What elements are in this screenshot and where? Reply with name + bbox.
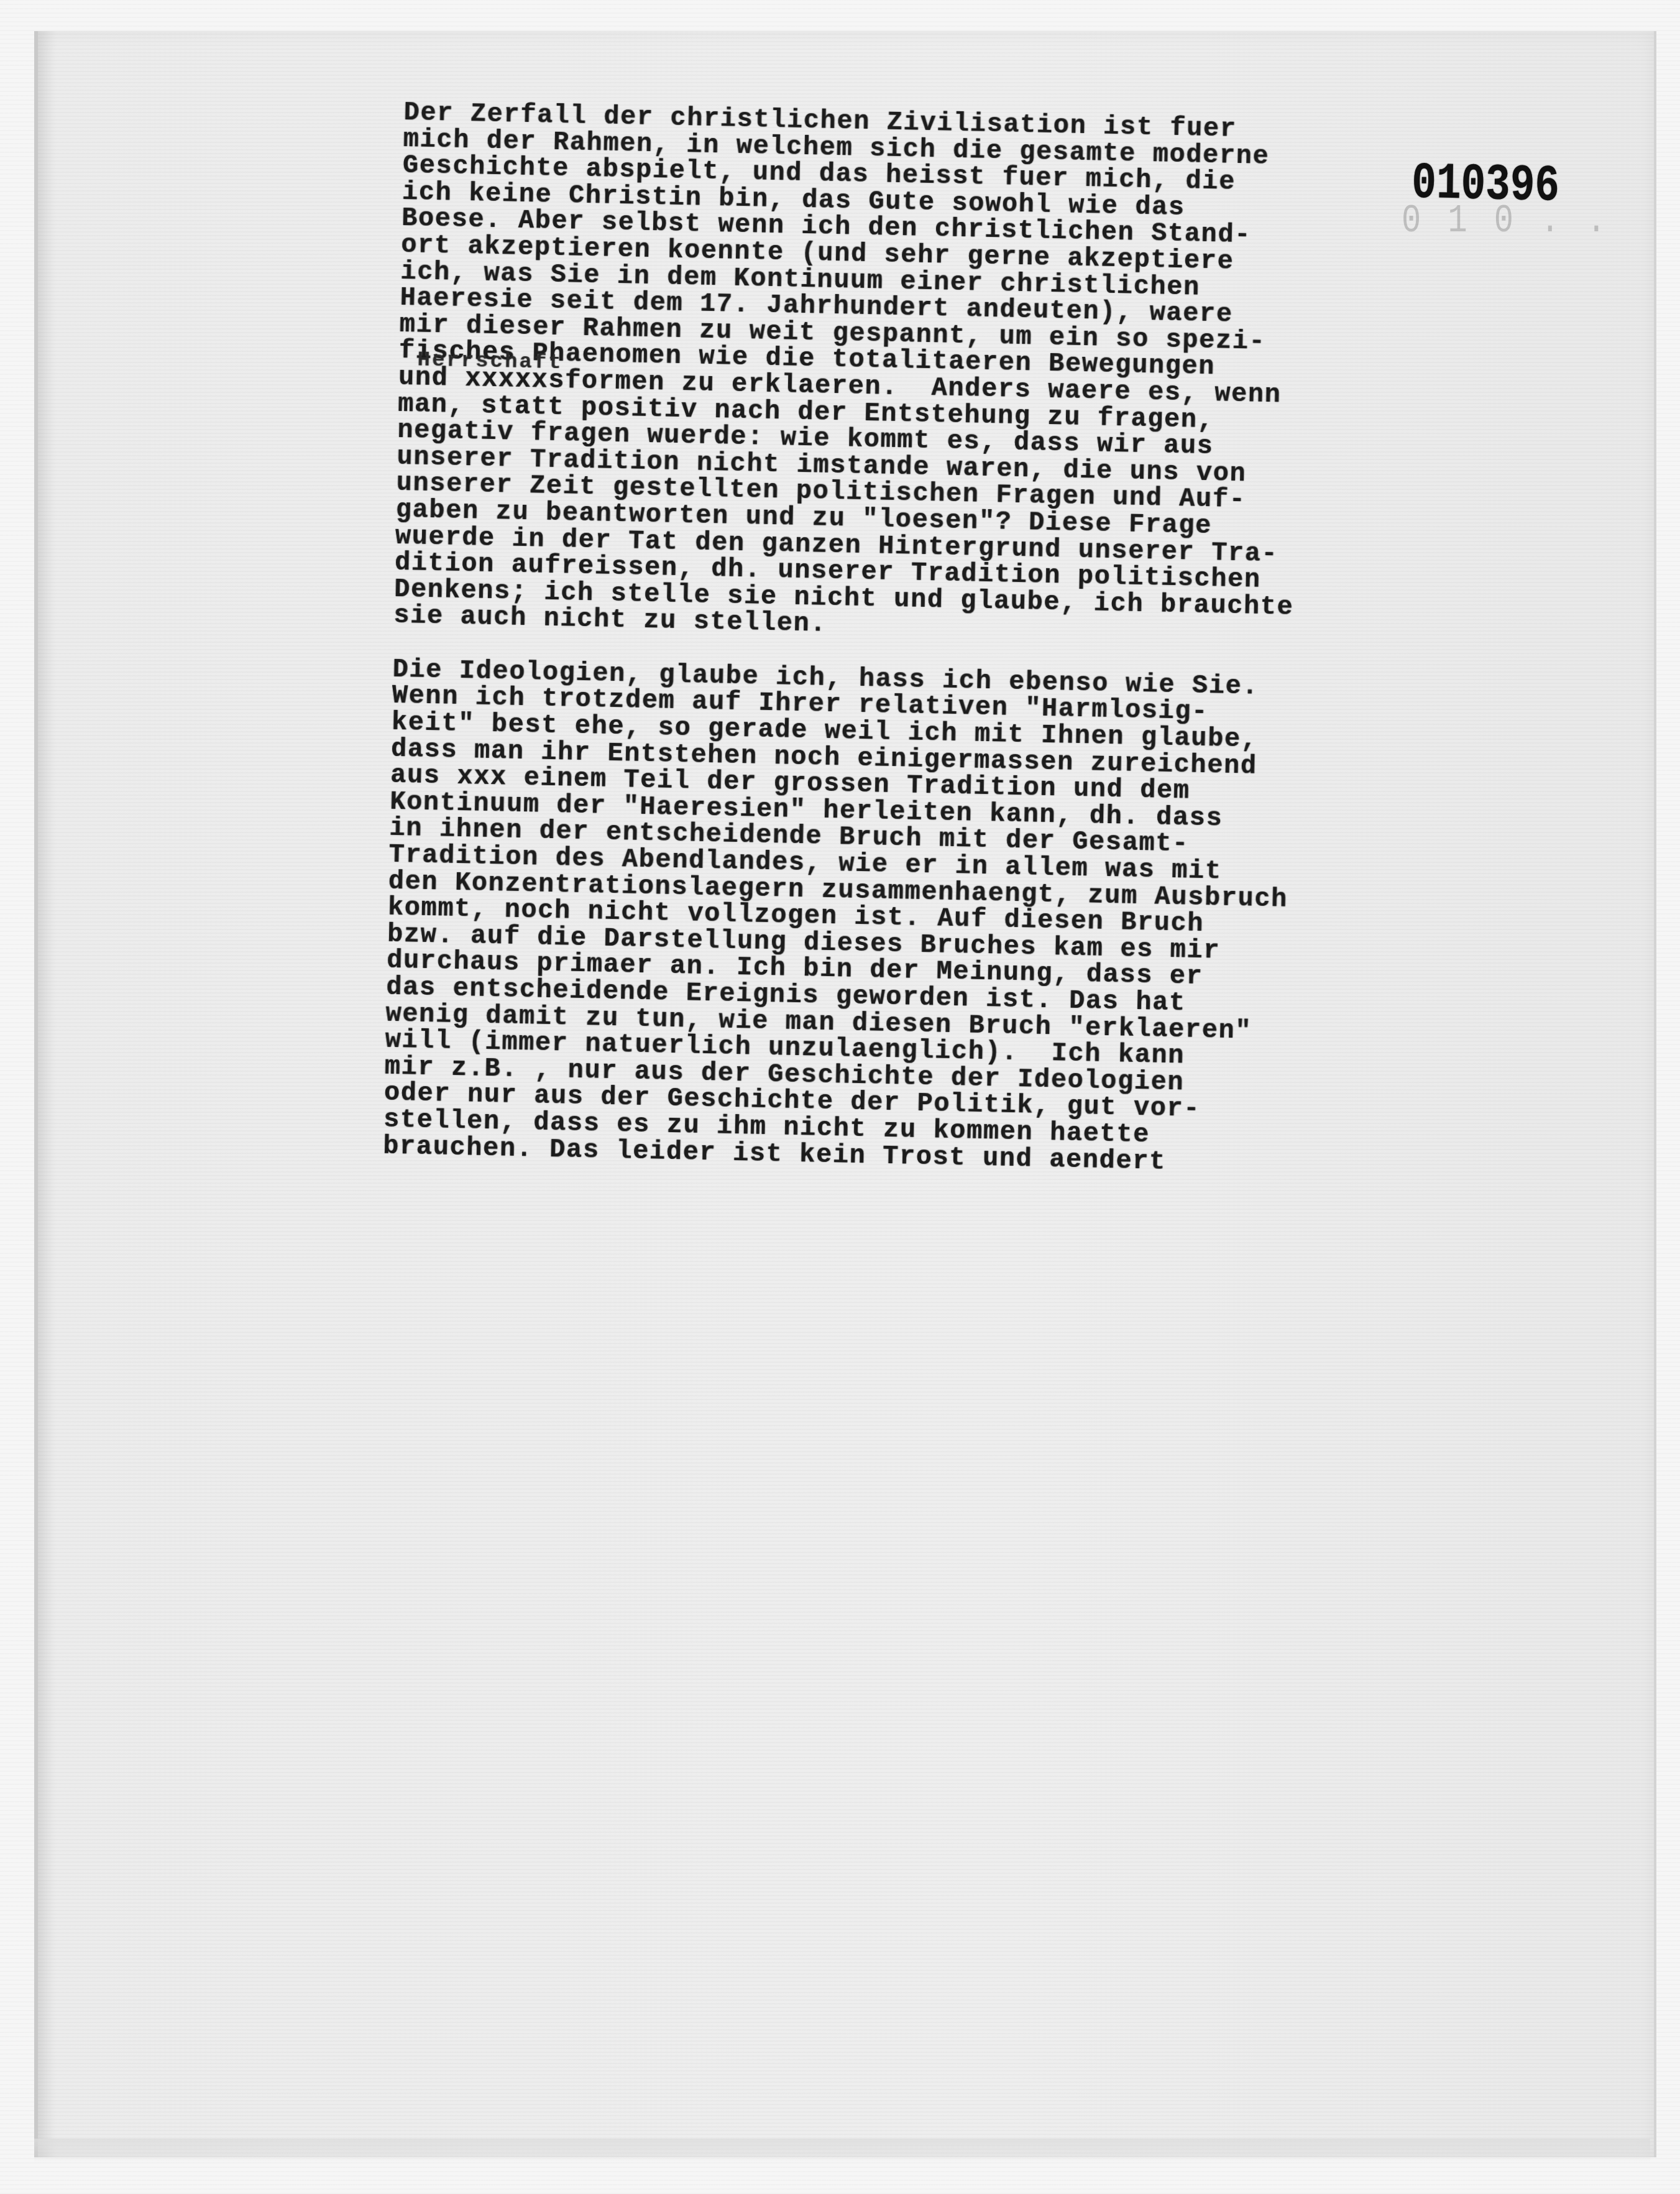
paper-bottom-edge [34, 2139, 1650, 2164]
paragraph-1: Der Zerfall der christlichen Zivilisatio… [393, 99, 1492, 651]
typewritten-letter-body: Der Zerfall der christlichen Zivilisatio… [383, 99, 1492, 1181]
interlinear-correction: Herrschaft [417, 349, 563, 376]
paragraph-2: Die Ideologien, glaube ich, hass ich ebe… [383, 657, 1480, 1181]
